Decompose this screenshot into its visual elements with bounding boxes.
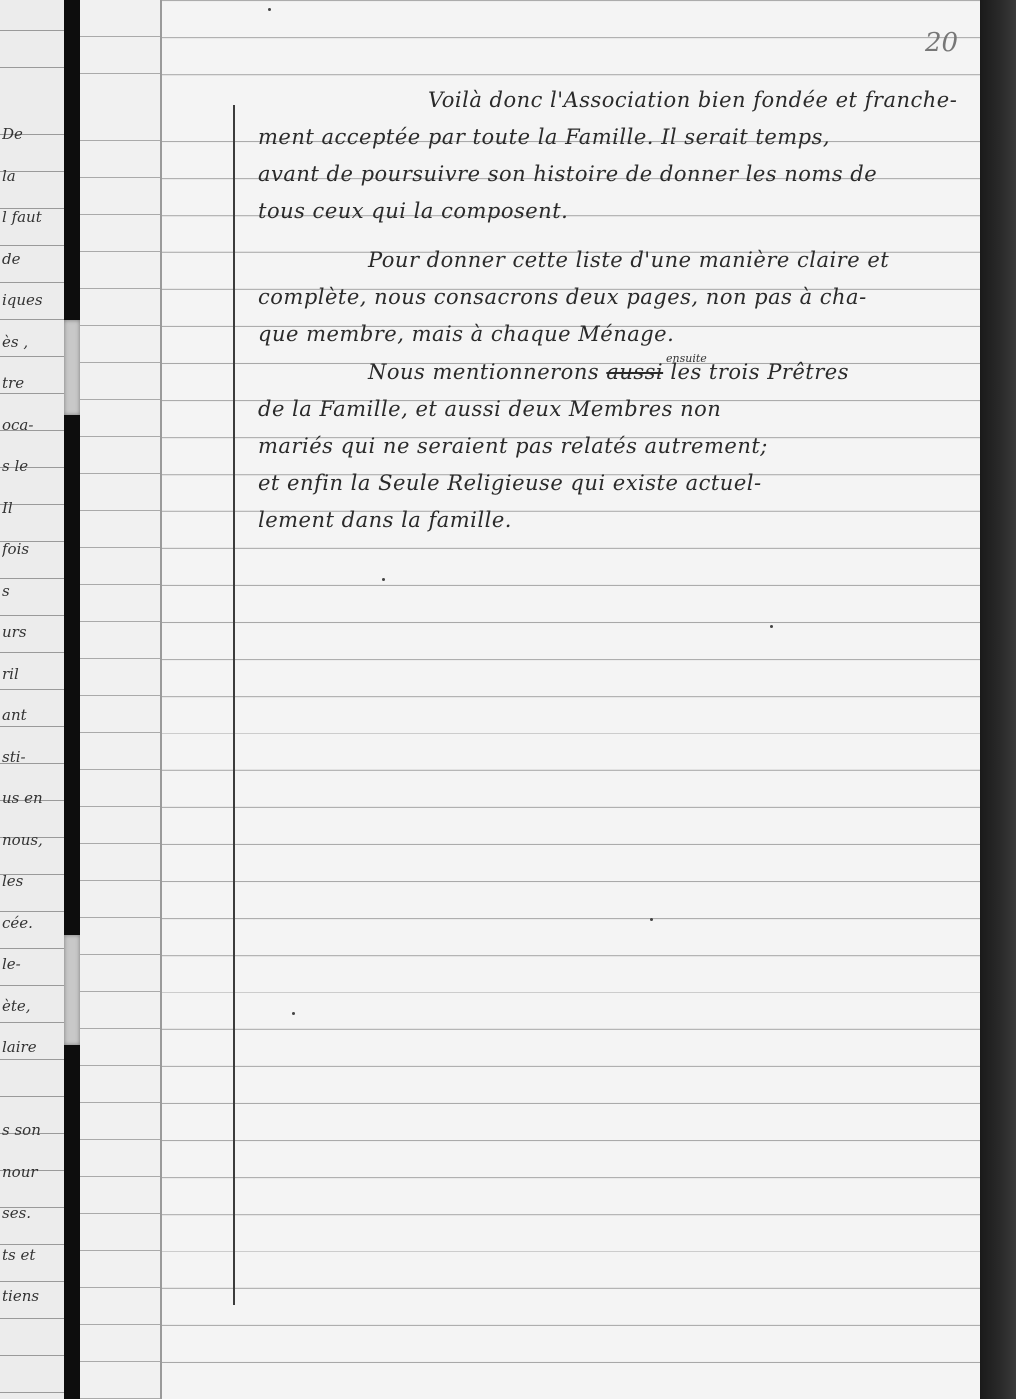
inserted-word: ensuite — [666, 352, 707, 365]
left-page-fragment: s — [2, 582, 62, 600]
left-page-fragment: l faut — [2, 208, 62, 226]
left-page-fragment: ant — [2, 706, 62, 724]
text-line: ment acceptée par toute la Famille. Il s… — [258, 125, 988, 149]
left-page-fragment: iques — [2, 291, 62, 309]
text-line: lement dans la famille. — [258, 508, 988, 532]
left-page-fragment: ète, — [2, 997, 62, 1015]
left-page-fragment: s le — [2, 457, 62, 475]
text-line: complète, nous consacrons deux pages, no… — [258, 285, 988, 309]
left-page-fragment: fois — [2, 540, 62, 558]
left-page-fragment: De — [2, 125, 62, 143]
binding-tear — [64, 320, 80, 415]
left-page-fragment: laire — [2, 1038, 62, 1056]
left-page-fragment: les — [2, 872, 62, 890]
text-segment: Nous mentionnerons — [368, 360, 599, 384]
left-page-fragment: ril — [2, 665, 62, 683]
ink-speck — [268, 8, 271, 11]
left-page-fragment: ses. — [2, 1204, 62, 1222]
text-line: Pour donner cette liste d'une manière cl… — [258, 248, 1016, 272]
left-page-fragment: tre — [2, 374, 62, 392]
left-page-fragment: ès , — [2, 333, 62, 351]
left-page-fragment: nour — [2, 1163, 62, 1181]
left-page-fragment: cée. — [2, 914, 62, 932]
left-page-fragment: tiens — [2, 1287, 62, 1305]
left-page-fragment: Il — [2, 499, 62, 517]
text-line: et enfin la Seule Religieuse qui existe … — [258, 471, 988, 495]
text-line: que membre, mais à chaque Ménage. — [258, 322, 988, 346]
left-page-fragment: s son — [2, 1121, 62, 1139]
ink-speck — [650, 918, 653, 921]
folded-paper-strip — [80, 0, 162, 1399]
left-page-fragment: urs — [2, 623, 62, 641]
left-page-fragment: le- — [2, 955, 62, 973]
text-line: mariés qui ne seraient pas relatés autre… — [258, 434, 988, 458]
left-page-fragment: de — [2, 250, 62, 268]
left-page-fragment: nous, — [2, 831, 62, 849]
text-line: avant de poursuivre son histoire de donn… — [258, 162, 988, 186]
left-page-fragment: oca- — [2, 416, 62, 434]
left-page-fragment: ts et — [2, 1246, 62, 1264]
margin-rule — [233, 105, 235, 1305]
text-line: de la Famille, et aussi deux Membres non — [258, 397, 988, 421]
page-number: 20 — [925, 28, 958, 58]
left-page-fragment: la — [2, 167, 62, 185]
text-line: Voilà donc l'Association bien fondée et … — [258, 88, 1016, 112]
ink-speck — [292, 1012, 295, 1015]
left-page-fragment: us en — [2, 789, 62, 807]
struck-word: aussi — [606, 360, 663, 384]
text-line: Nous mentionnerons aussi les trois Prêtr… — [258, 360, 1016, 384]
text-line: tous ceux qui la composent. — [258, 199, 988, 223]
ink-speck — [382, 578, 385, 581]
left-page-fragment: sti- — [2, 748, 62, 766]
binding-tear — [64, 935, 80, 1045]
ink-speck — [770, 625, 773, 628]
book-binding — [64, 0, 80, 1399]
